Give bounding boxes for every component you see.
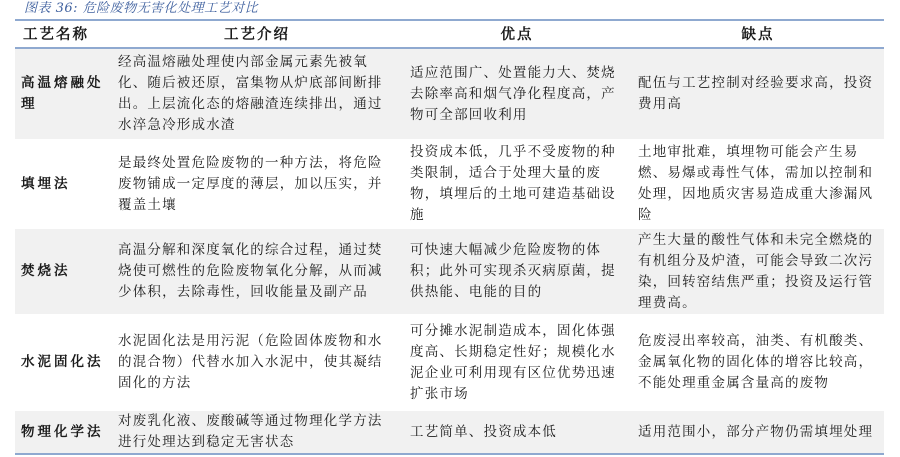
- process-name: 水泥固化法: [15, 314, 110, 411]
- process-name: 填埋法: [15, 139, 110, 229]
- process-pros: 工艺简单、投资成本低: [402, 411, 630, 453]
- process-intro: 是最终处置危险废物的一种方法，将危险废物铺成一定厚度的薄层，加以压实，并覆盖土壤: [110, 139, 402, 229]
- process-pros: 适应范围广、处置能力大、焚烧去除率高和烟气净化程度高，产物可全部回收利用: [402, 49, 630, 139]
- process-intro: 对废乳化液、废酸碱等通过物理化学方法进行处理达到稳定无害状态: [110, 411, 402, 453]
- table-row: 水泥固化法 水泥固化法是用污泥（危险固体废物和水的混合物）代替水加入水泥中，使其…: [15, 314, 884, 411]
- process-pros: 投资成本低，几乎不受废物的种类限制，适合于处理大量的废物，填埋后的土地可建造基础…: [402, 139, 630, 229]
- process-intro: 经高温熔融处理使内部金属元素先被氧化、随后被还原，富集物从炉底部间断排出。上层流…: [110, 49, 402, 139]
- table-row: 填埋法 是最终处置危险废物的一种方法，将危险废物铺成一定厚度的薄层，加以压实，并…: [15, 139, 884, 229]
- table-row: 高温熔融处理 经高温熔融处理使内部金属元素先被氧化、随后被还原，富集物从炉底部间…: [15, 49, 884, 139]
- process-cons: 适用范围小，部分产物仍需填埋处理: [630, 411, 884, 453]
- table-header-row: 工艺名称 工艺介绍 优点 缺点: [15, 21, 884, 49]
- process-cons: 危废浸出率较高，油类、有机酸类、金属氧化物的固化体的增容比较高，不能处理重金属含…: [630, 314, 884, 411]
- header-cons: 缺点: [630, 21, 884, 47]
- process-name: 高温熔融处理: [15, 49, 110, 139]
- process-cons: 配伍与工艺控制对经验要求高，投资费用高: [630, 49, 884, 139]
- table-row: 物理化学法 对废乳化液、废酸碱等通过物理化学方法进行处理达到稳定无害状态 工艺简…: [15, 411, 884, 453]
- header-process-intro: 工艺介绍: [110, 21, 402, 47]
- process-name: 焚烧法: [15, 229, 110, 314]
- header-process-name: 工艺名称: [15, 21, 110, 47]
- process-cons: 土地审批难，填埋物可能会产生易燃、易爆或毒性气体，需加以控制和处理，因地质灾害易…: [630, 139, 884, 229]
- process-cons: 产生大量的酸性气体和未完全燃烧的有机组分及炉渣，可能会导致二次污染，回转窑结焦严…: [630, 229, 884, 314]
- process-name: 物理化学法: [15, 411, 110, 453]
- process-intro: 高温分解和深度氧化的综合过程，通过焚烧使可燃性的危险废物氧化分解，从而减少体积，…: [110, 229, 402, 314]
- table-row: 焚烧法 高温分解和深度氧化的综合过程，通过焚烧使可燃性的危险废物氧化分解，从而减…: [15, 229, 884, 314]
- figure-caption: 图表 36: 危险废物无害化处理工艺对比: [24, 0, 258, 18]
- process-intro: 水泥固化法是用污泥（危险固体废物和水的混合物）代替水加入水泥中，使其凝结固化的方…: [110, 314, 402, 411]
- comparison-table: 工艺名称 工艺介绍 优点 缺点 高温熔融处理 经高温熔融处理使内部金属元素先被氧…: [15, 19, 884, 455]
- process-pros: 可快速大幅减少危险废物的体积；此外可实现杀灭病原菌，提供热能、电能的目的: [402, 229, 630, 314]
- process-pros: 可分摊水泥制造成本，固化体强度高、长期稳定性好；规模化水泥企业可利用现有区位优势…: [402, 314, 630, 411]
- header-pros: 优点: [402, 21, 630, 47]
